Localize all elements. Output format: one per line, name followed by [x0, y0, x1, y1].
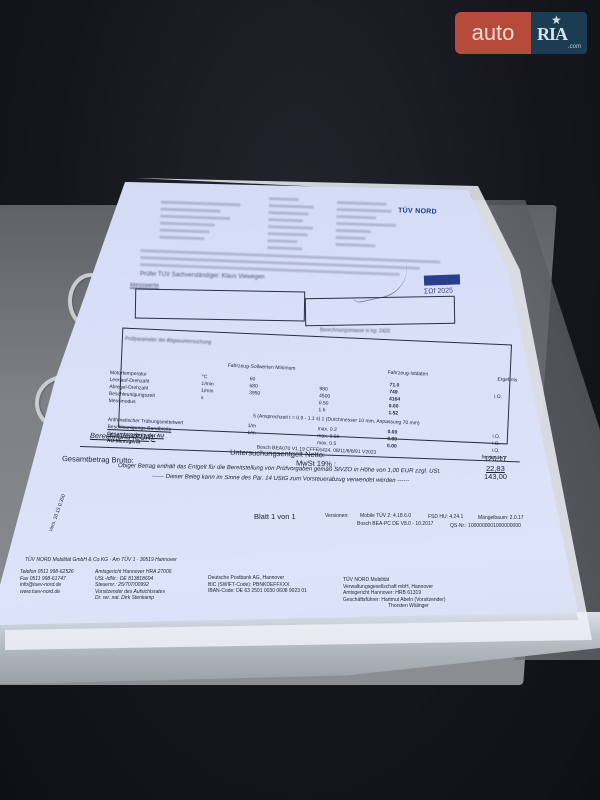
photo-scene: TÜV NORD Prüfer TÜV Sachverständiger: Kl… — [0, 0, 600, 800]
footer-bank: Deutsche Postbank AG, Hannover BIC (SWIF… — [208, 575, 307, 595]
version-text: Mobile TÜV 2: 4.18.6.0 — [360, 513, 411, 519]
page-number: Blatt 1 von 1 — [254, 512, 296, 521]
version-text: QS-Nr.: 1000000001000000000 — [450, 523, 521, 529]
inspection-data-block — [335, 201, 397, 252]
footer-contact: Telefon 0511 998-62526 Fax 0511 998-6174… — [20, 569, 74, 595]
sender-address-block — [159, 201, 240, 246]
versions-label: Versionen: — [325, 513, 349, 519]
vehicle-data-block — [267, 197, 319, 255]
logo-auto-text: auto — [455, 12, 531, 54]
logo-ria-block: ★ RIA .com — [531, 12, 587, 54]
version-text: Mängelbaum: 2.0.17 — [478, 515, 524, 521]
autoria-watermark-logo: auto ★ RIA .com — [455, 12, 587, 54]
stamp-text: ΣΩf 2025 — [424, 287, 453, 295]
footer-management: TÜV NORD Mobilität Verwaltungsgesellscha… — [343, 577, 446, 610]
version-text: FSD HU: 4.24.1 — [428, 514, 463, 520]
tuv-nord-logo: TÜV NORD — [398, 207, 437, 215]
logo-ria-text: RIA — [537, 24, 567, 45]
version-text: Bosch BEA-PC DE V8.0 - 10.2017 — [357, 521, 433, 527]
measurement-table — [135, 289, 305, 322]
footer-company: TÜV NORD Mobilität GmbH & Co.KG · Am TÜV… — [25, 557, 177, 563]
netto-value: 120,17 — [484, 454, 507, 463]
footer-registry: Amtsgericht Hannover HRA 27006 USt.-IdNr… — [95, 569, 172, 602]
brake-table — [305, 296, 455, 327]
stamp-logo — [424, 274, 460, 285]
logo-com-text: .com — [568, 44, 581, 50]
brutto-value: 143,00 — [484, 472, 507, 481]
axle-load-text: Berechnungsmasse in kg: 2420 — [320, 327, 390, 334]
